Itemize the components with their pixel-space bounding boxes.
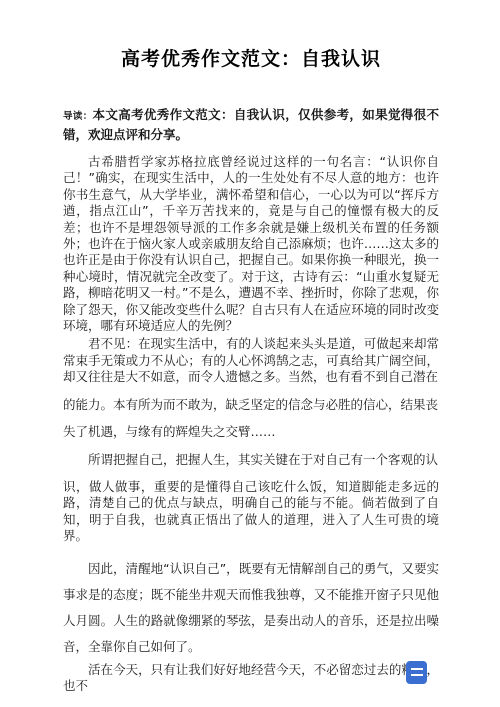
paragraph: 因此，清醒地“认识自己”，既要有无情解剖自己的勇气，又要实事求是的态度；既不能坐… (63, 556, 439, 660)
paragraph: 君不见：在现实生活中，有的人谈起来头头是道，可做起来却常常束手无策或力不从心；有… (63, 336, 439, 385)
paragraph: 所谓把握自己，把握人生，其实关键在于对自己有一个客观的认 (63, 452, 439, 468)
lead-paragraph: 导读：本文高考优秀作文范文：自我认识，仅供参考，如果觉得很不错，欢迎点评和分享。 (63, 106, 439, 144)
lead-label: 导读： (63, 111, 93, 122)
paragraph: 的能力。本有所为而不敢为，缺乏坚定的信念与必胜的信心，结果丧 (63, 397, 439, 413)
paragraph: 古希腊哲学家苏格拉底曾经说过这样的一句名言：“认识你自己！”确实，在现实生活中，… (63, 154, 439, 334)
document-page: 高考优秀作文范文：自我认识 导读：本文高考优秀作文范文：自我认识，仅供参考，如果… (0, 0, 500, 707)
page-title: 高考优秀作文范文：自我认识 (63, 44, 439, 71)
paragraph: 活在今天，只有让我们好好地经营今天，不必留恋过去的精彩，也不 (63, 662, 439, 695)
body-paragraphs: 古希腊哲学家苏格拉底曾经说过这样的一句名言：“认识你自己！”确实，在现实生活中，… (63, 154, 439, 694)
lead-text: 本文高考优秀作文范文：自我认识，仅供参考，如果觉得很不错，欢迎点评和分享。 (63, 107, 439, 142)
doc-watermark-icon (406, 661, 427, 684)
paragraph: 失了机遇，与缘有的辉煌失之交臂…… (63, 424, 439, 440)
paragraph: 识，做人做事，重要的是懂得自己该吃什么饭，知道脚能走多远的路，清楚自己的优点与缺… (63, 479, 439, 545)
document-content: 高考优秀作文范文：自我认识 导读：本文高考优秀作文范文：自我认识，仅供参考，如果… (63, 0, 439, 694)
